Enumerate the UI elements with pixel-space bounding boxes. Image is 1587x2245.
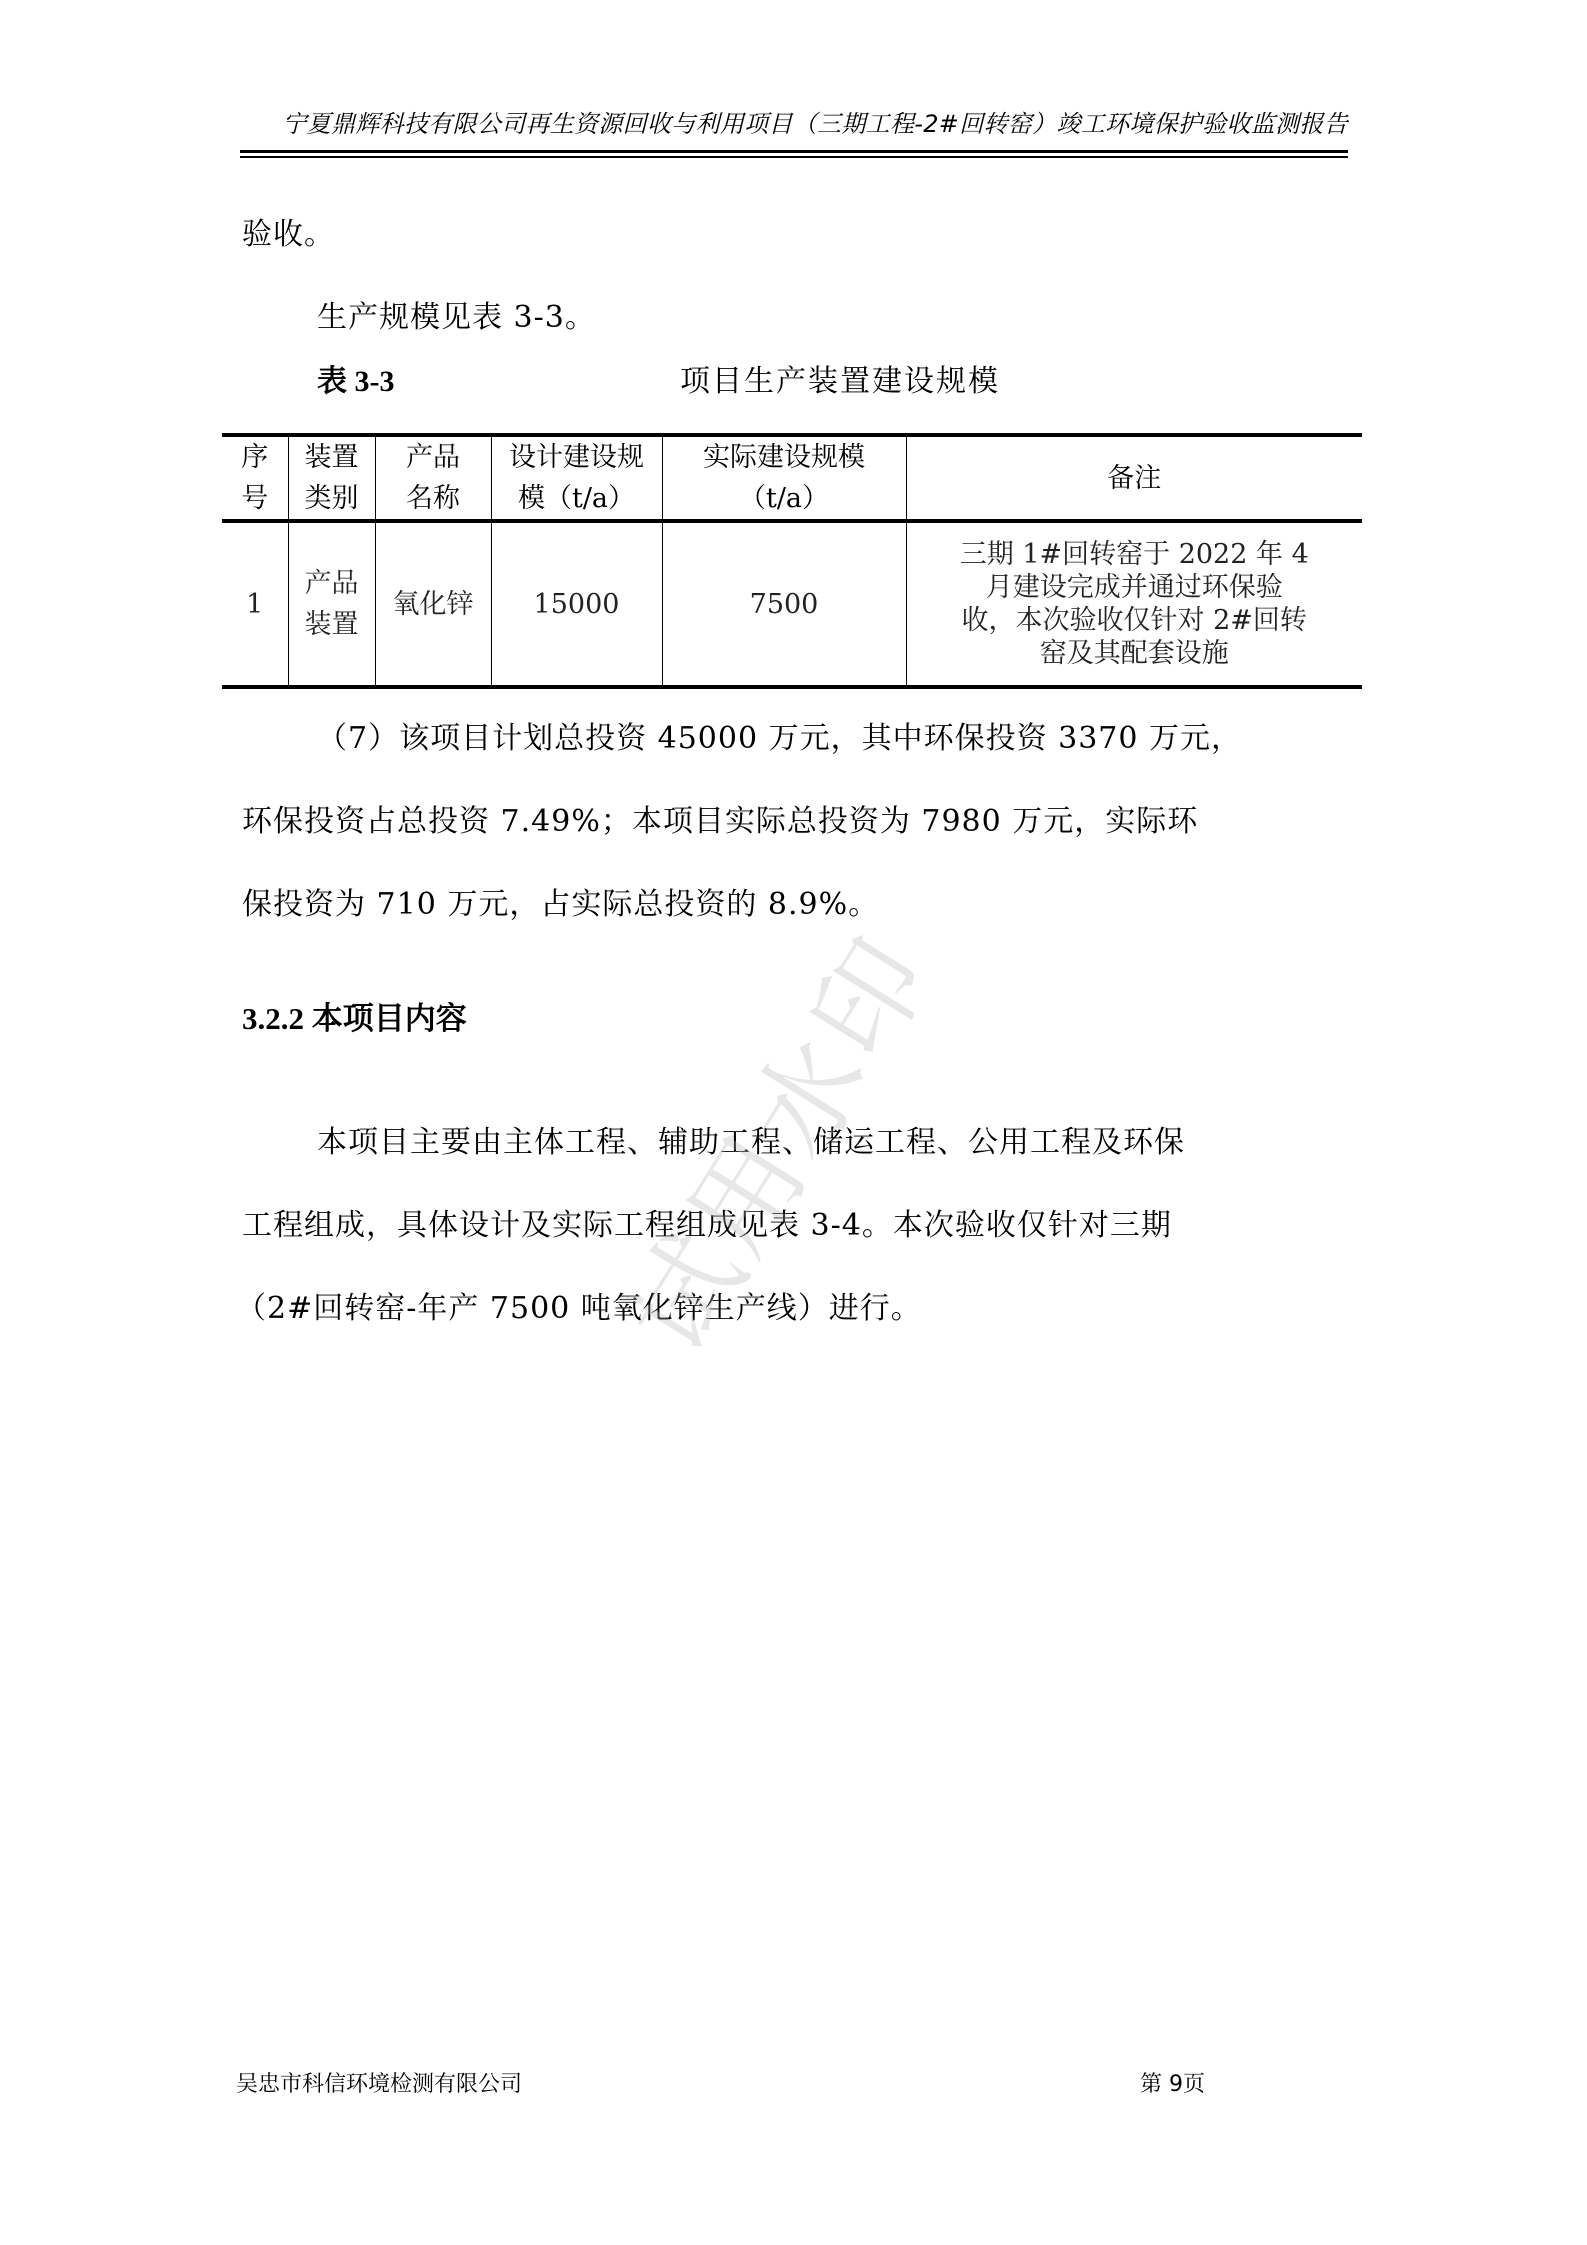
cell-index: 1 [222, 521, 288, 687]
footer-company: 吴忠市科信环境检测有限公司 [236, 2071, 522, 2099]
header-remark: 备注 [906, 435, 1362, 521]
project-line-3: （2#回转窑-年产 7500 吨氧化锌生产线）进行。 [236, 1267, 922, 1350]
cell-product: 氧化锌 [375, 521, 491, 687]
header-rule-thin [240, 156, 1348, 158]
running-header: 宁夏鼎辉科技有限公司再生资源回收与利用项目（三期工程-2#回转窑）竣工环境保护验… [240, 108, 1348, 140]
investment-line-3: 保投资为 710 万元，占实际总投资的 8.9%。 [242, 863, 879, 946]
investment-line-2: 环保投资占总投资 7.49%；本项目实际总投资为 7980 万元，实际环 [242, 780, 1198, 863]
section-heading-text: 3.2.2 本项目内容 [242, 1001, 467, 1036]
cell-design-scale: 15000 [491, 521, 662, 687]
cell-actual-scale: 7500 [662, 521, 906, 687]
table-row: 1 产品 装置 氧化锌 15000 7500 三期 1#回转窑于 2022 年 … [222, 521, 1362, 687]
investment-line-1: （7）该项目计划总投资 45000 万元，其中环保投资 3370 万元， [317, 697, 1242, 780]
header-rule-thick [240, 150, 1348, 153]
section-heading: 3.2.2 本项目内容 [242, 998, 467, 1040]
continuation-text: 验收。 [242, 193, 335, 276]
scale-reference-text: 生产规模见表 3-3。 [317, 276, 596, 359]
header-product: 产品 名称 [375, 435, 491, 521]
project-line-2: 工程组成，具体设计及实际工程组成见表 3-4。本次验收仅针对三期 [242, 1184, 1172, 1267]
header-actual-scale: 实际建设规模 （t/a） [662, 435, 906, 521]
cell-category: 产品 装置 [288, 521, 375, 687]
header-design-scale: 设计建设规 模（t/a） [491, 435, 662, 521]
cell-remark: 三期 1#回转窑于 2022 年 4 月建设完成并通过环保验 收，本次验收仅针对… [906, 521, 1362, 687]
table-caption-title: 项目生产装置建设规模 [680, 362, 1000, 402]
header-category: 装置 类别 [288, 435, 375, 521]
table-caption-number: 表 3-3 [317, 362, 395, 402]
project-line-1: 本项目主要由主体工程、辅助工程、储运工程、公用工程及环保 [317, 1101, 1185, 1184]
footer-page-number: 第 9页 [1140, 2071, 1205, 2099]
header-index: 序 号 [222, 435, 288, 521]
table-header-row: 序 号 装置 类别 产品 名称 设计建设规 模（t/a） 实际建设规模 （t/a… [222, 435, 1362, 521]
production-scale-table: 序 号 装置 类别 产品 名称 设计建设规 模（t/a） 实际建设规模 （t/a… [222, 433, 1362, 689]
table-number: 表 3-3 [317, 365, 395, 398]
